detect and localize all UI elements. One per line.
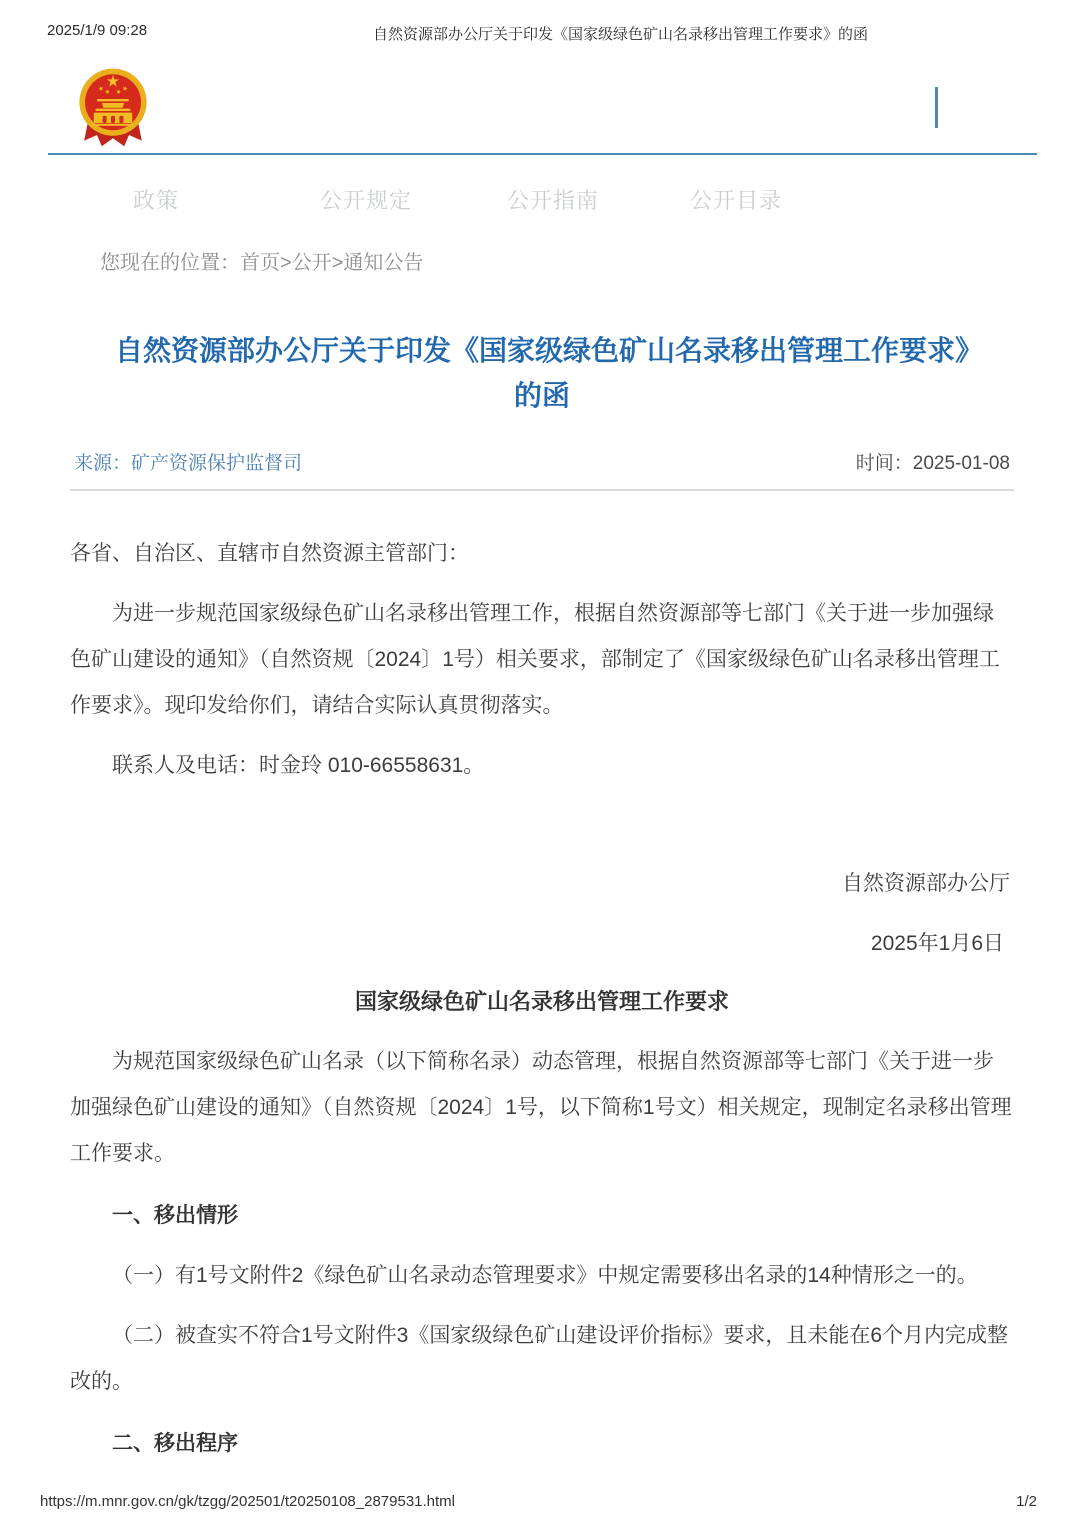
section-heading-1: 一、移出情形 [70, 1193, 1014, 1239]
breadcrumb-link-home[interactable]: 首页 [240, 252, 280, 274]
attachment-preamble: 为规范国家级绿色矿山名录（以下简称名录）动态管理，根据自然资源部等七部门《关于进… [70, 1039, 1014, 1177]
nav-item-disclosure-rules[interactable]: 公开规定 [320, 184, 412, 215]
time-value: 2025-01-08 [913, 453, 1010, 474]
breadcrumb-separator: > [332, 252, 344, 274]
source-value[interactable]: 矿产资源保护监督司 [131, 453, 302, 474]
section-item-1-2: （二）被查实不符合1号文附件3《国家级绿色矿山建设评价指标》要求，且未能在6个月… [70, 1313, 1014, 1405]
footer-url: https://m.mnr.gov.cn/gk/tzgg/202501/t202… [40, 1493, 455, 1510]
section-heading-2: 二、移出程序 [70, 1421, 1014, 1467]
attachment-title: 国家级绿色矿山名录移出管理工作要求 [70, 979, 1014, 1025]
nav-item-disclosure-catalog[interactable]: 公开目录 [690, 184, 782, 215]
breadcrumb-label: 您现在的位置： [100, 252, 240, 274]
time-label: 时间： [856, 453, 913, 474]
article-time: 时间：2025-01-08 [856, 448, 1010, 475]
nav-item-policy[interactable]: 政策 [133, 184, 179, 215]
article-source[interactable]: 来源：矿产资源保护监督司 [74, 448, 302, 475]
header-vertical-bar [935, 87, 938, 128]
source-label: 来源： [74, 453, 131, 474]
article-title: 自然资源部办公厅关于印发《国家级绿色矿山名录移出管理工作要求》的函 [111, 328, 973, 418]
meta-divider [70, 489, 1014, 491]
breadcrumb-link-notices[interactable]: 通知公告 [343, 252, 423, 274]
breadcrumb-separator: > [280, 252, 292, 274]
china-national-emblem-icon [73, 63, 153, 151]
article: 自然资源部办公厅关于印发《国家级绿色矿山名录移出管理工作要求》的函 来源：矿产资… [70, 328, 1014, 1467]
doc-contact-paragraph: 联系人及电话：时金玲 010-66558631。 [70, 743, 1014, 789]
doc-salutation: 各省、自治区、直辖市自然资源主管部门： [70, 531, 1014, 577]
signature-date: 2025年1月6日 [70, 921, 1014, 967]
doc-intro-paragraph: 为进一步规范国家级绿色矿山名录移出管理工作，根据自然资源部等七部门《关于进一步加… [70, 591, 1014, 729]
breadcrumb: 您现在的位置：首页>公开>通知公告 [100, 246, 423, 275]
header-accent-line [48, 153, 1037, 155]
footer-page-number: 1/2 [1016, 1493, 1037, 1510]
site-logo[interactable] [73, 63, 153, 151]
document-body: 各省、自治区、直辖市自然资源主管部门： 为进一步规范国家级绿色矿山名录移出管理工… [70, 531, 1014, 1467]
section-item-1-1: （一）有1号文附件2《绿色矿山名录动态管理要求》中规定需要移出名录的14种情形之… [70, 1253, 1014, 1299]
print-doc-title: 自然资源部办公厅关于印发《国家级绿色矿山名录移出管理工作要求》的函 [373, 23, 868, 44]
page: 2025/1/9 09:28 自然资源部办公厅关于印发《国家级绿色矿山名录移出管… [0, 0, 1080, 1528]
nav-item-disclosure-guide[interactable]: 公开指南 [507, 184, 599, 215]
article-meta: 来源：矿产资源保护监督司 时间：2025-01-08 [70, 448, 1014, 475]
print-datetime: 2025/1/9 09:28 [47, 22, 147, 39]
signature-org: 自然资源部办公厅 [70, 861, 1014, 907]
breadcrumb-link-disclosure[interactable]: 公开 [292, 252, 332, 274]
